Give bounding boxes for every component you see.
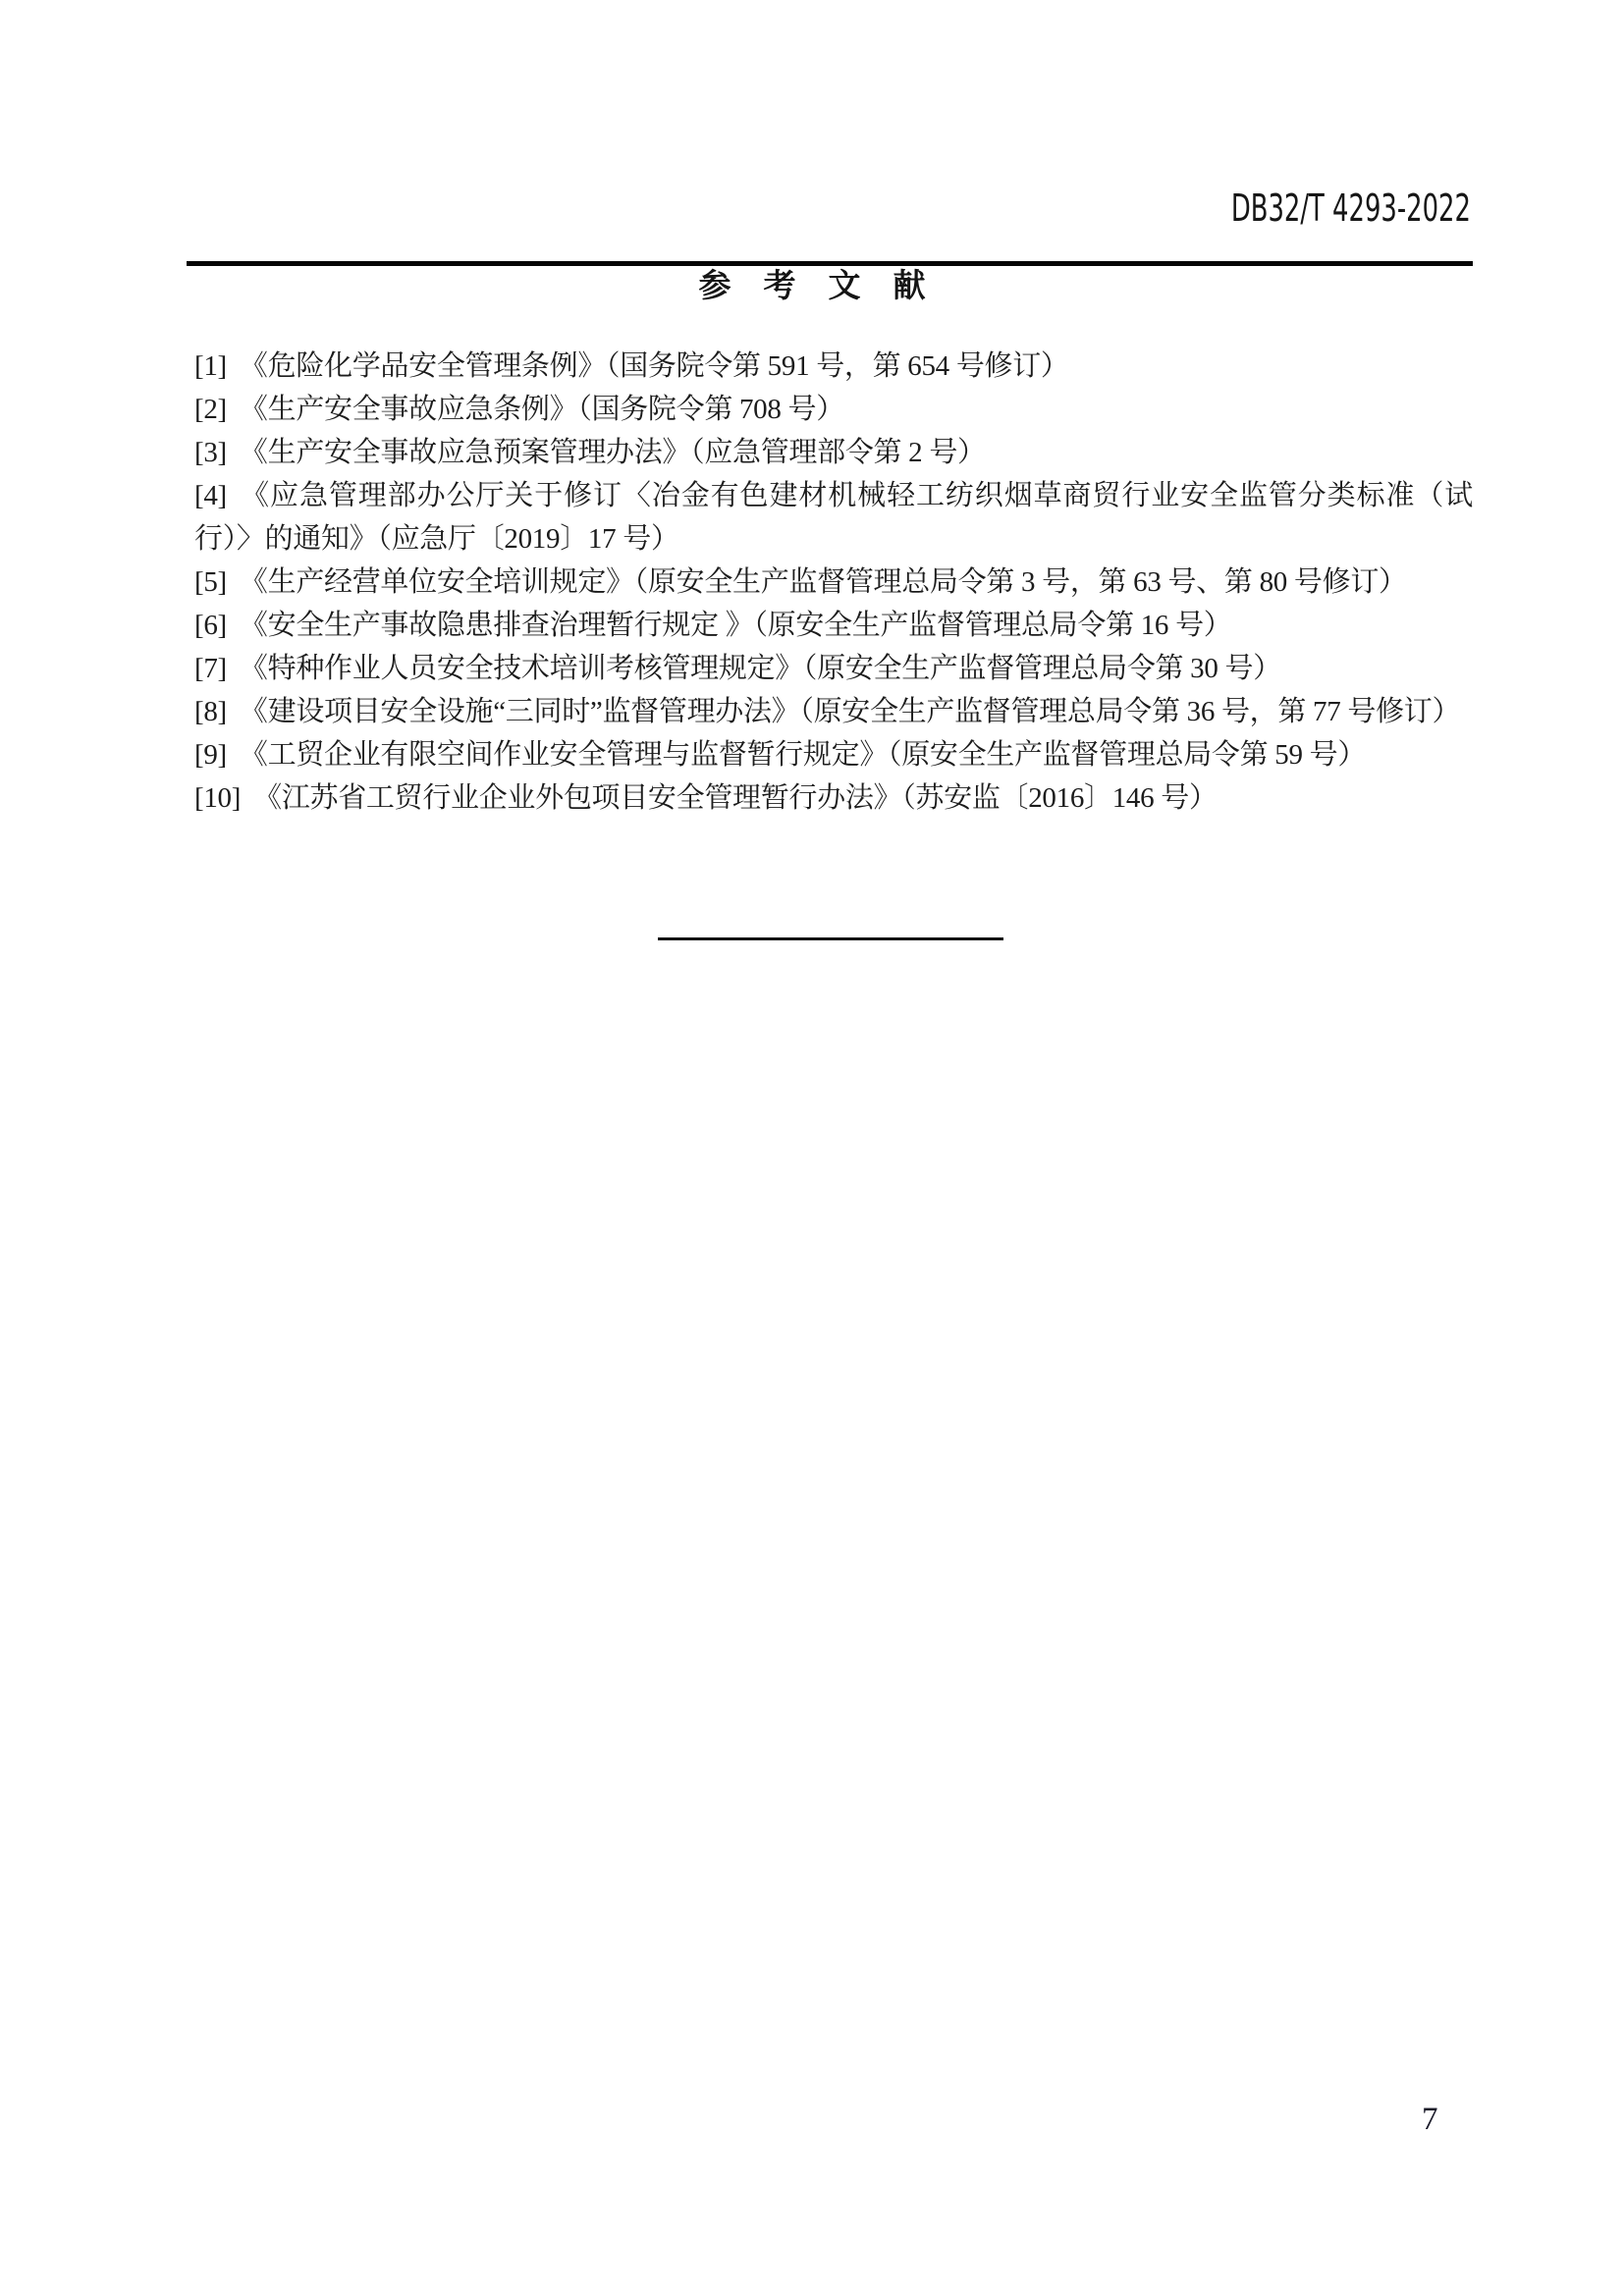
reference-text: 《江苏省工贸行业企业外包项目安全管理暂行办法》（苏安监〔2016〕146 号） <box>253 782 1218 814</box>
end-of-document-rule <box>658 937 1003 940</box>
reference-text: 《应急管理部办公厅关于修订〈冶金有色建材机械轻工纺织烟草商贸行业安全监管分类标准… <box>194 480 1473 555</box>
reference-item: [9]《工贸企业有限空间作业安全管理与监督暂行规定》（原安全生产监督管理总局令第… <box>194 733 1473 776</box>
reference-text: 《建设项目安全设施“三同时”监督管理办法》（原安全生产监督管理总局令第 36 号… <box>240 696 1460 727</box>
reference-label: [7] <box>194 653 227 684</box>
reference-item: [4]《应急管理部办公厅关于修订〈冶金有色建材机械轻工纺织烟草商贸行业安全监管分… <box>194 474 1473 561</box>
page-title: 参 考 文 献 <box>0 266 1624 305</box>
reference-label: [1] <box>194 350 227 382</box>
reference-text: 《生产安全事故应急条例》（国务院令第 708 号） <box>240 394 844 425</box>
page-number: 7 <box>1422 2104 1438 2136</box>
reference-label: [3] <box>194 437 227 468</box>
reference-item: [10]《江苏省工贸行业企业外包项目安全管理暂行办法》（苏安监〔2016〕146… <box>194 776 1473 820</box>
reference-text: 《工贸企业有限空间作业安全管理与监督暂行规定》（原安全生产监督管理总局令第 59… <box>240 739 1366 771</box>
reference-label: [10] <box>194 782 241 814</box>
reference-text: 《特种作业人员安全技术培训考核管理规定》（原安全生产监督管理总局令第 30 号） <box>240 653 1281 684</box>
references-list: [1]《危险化学品安全管理条例》（国务院令第 591 号，第 654 号修订） … <box>194 345 1473 820</box>
reference-item: [1]《危险化学品安全管理条例》（国务院令第 591 号，第 654 号修订） <box>194 345 1473 388</box>
reference-text: 《生产安全事故应急预案管理办法》（应急管理部令第 2 号） <box>240 437 986 468</box>
reference-label: [2] <box>194 394 227 425</box>
standard-code: DB32/T 4293-2022 <box>1231 189 1471 227</box>
reference-label: [4] <box>194 480 227 511</box>
reference-item: [3]《生产安全事故应急预案管理办法》（应急管理部令第 2 号） <box>194 431 1473 474</box>
document-page: DB32/T 4293-2022 参 考 文 献 [1]《危险化学品安全管理条例… <box>0 0 1624 2296</box>
reference-item: [7]《特种作业人员安全技术培训考核管理规定》（原安全生产监督管理总局令第 30… <box>194 647 1473 690</box>
reference-label: [6] <box>194 610 227 641</box>
reference-item: [6]《安全生产事故隐患排查治理暂行规定 》（原安全生产监督管理总局令第 16 … <box>194 604 1473 647</box>
reference-label: [9] <box>194 739 227 771</box>
reference-text: 《生产经营单位安全培训规定》（原安全生产监督管理总局令第 3 号，第 63 号、… <box>240 566 1407 598</box>
reference-label: [8] <box>194 696 227 727</box>
reference-label: [5] <box>194 566 227 598</box>
reference-item: [5]《生产经营单位安全培训规定》（原安全生产监督管理总局令第 3 号，第 63… <box>194 561 1473 604</box>
reference-text: 《安全生产事故隐患排查治理暂行规定 》（原安全生产监督管理总局令第 16 号） <box>240 610 1232 641</box>
reference-item: [2]《生产安全事故应急条例》（国务院令第 708 号） <box>194 388 1473 431</box>
reference-text: 《危险化学品安全管理条例》（国务院令第 591 号，第 654 号修订） <box>240 350 1069 382</box>
reference-item: [8]《建设项目安全设施“三同时”监督管理办法》（原安全生产监督管理总局令第 3… <box>194 690 1473 733</box>
